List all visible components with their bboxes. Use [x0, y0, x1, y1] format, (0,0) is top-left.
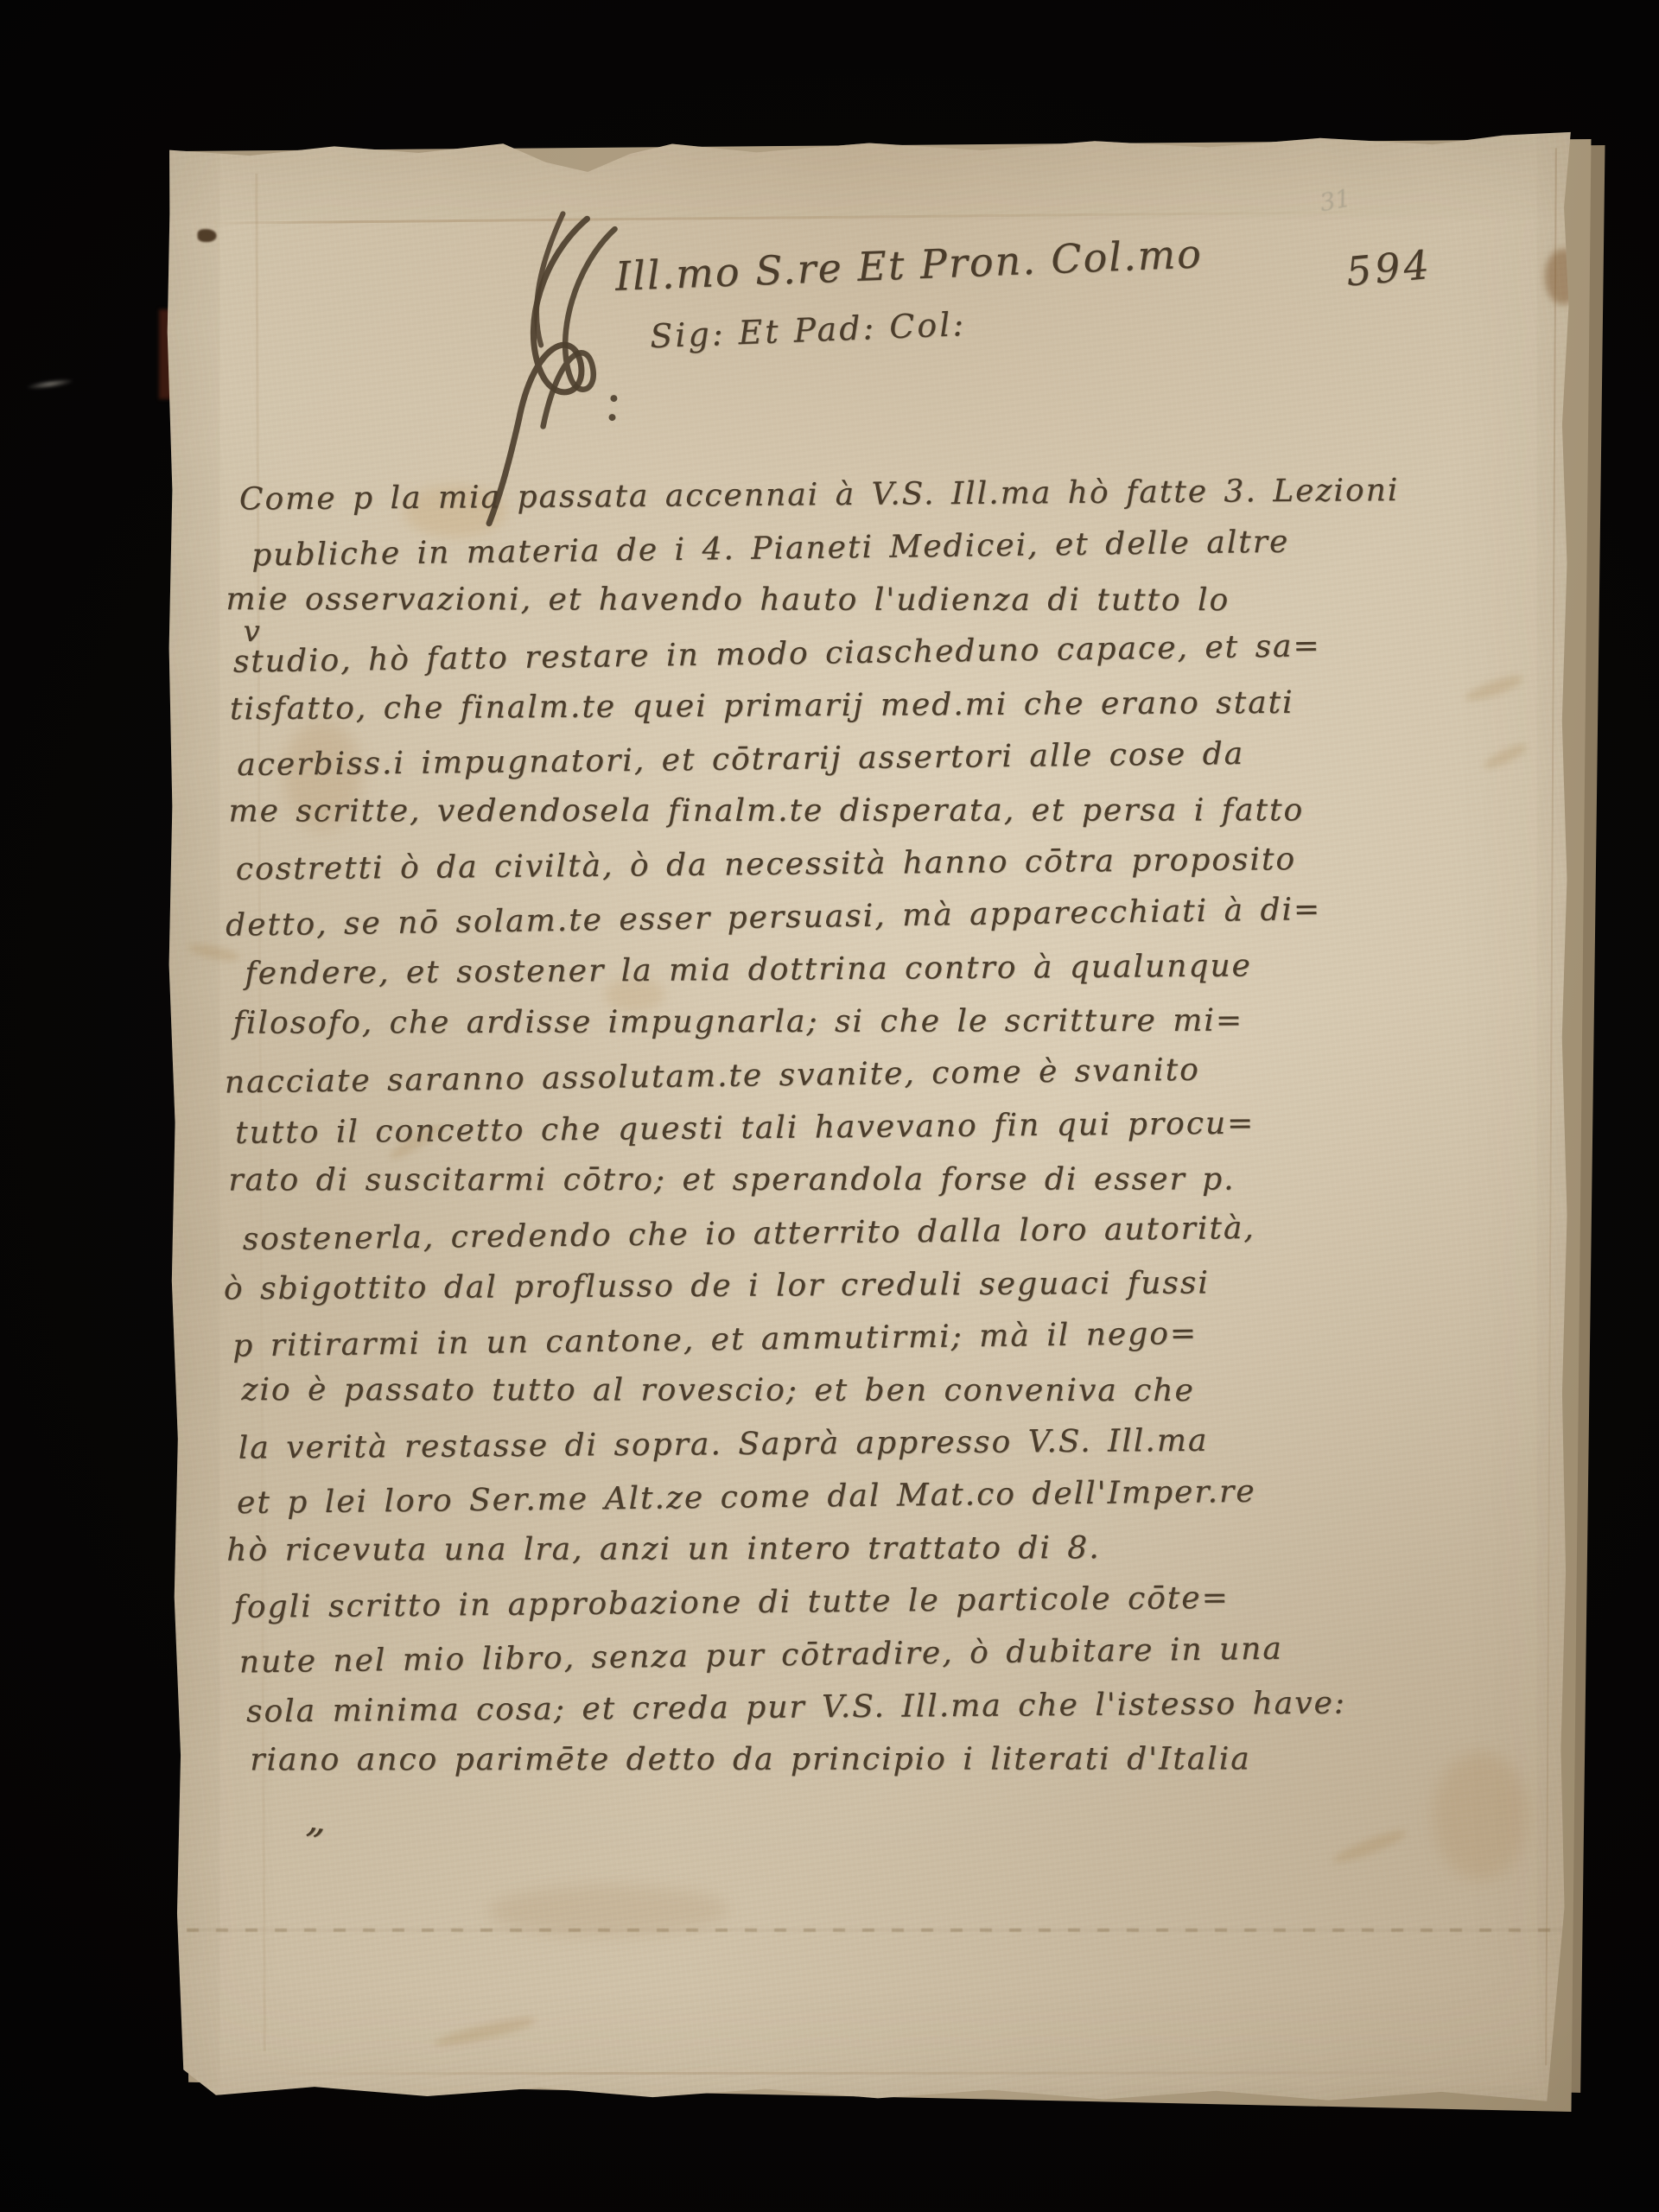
- show-through-mark: [1331, 1827, 1408, 1866]
- manuscript-page: Ill.mo S.re Et Pron. Col.mo Sig: Et Pad:…: [165, 128, 1582, 2111]
- manuscript-line: riano anco parimēte detto da principio i…: [250, 1732, 1529, 1786]
- manuscript-photo: Ill.mo S.re Et Pron. Col.mo Sig: Et Pad:…: [0, 0, 1659, 2212]
- manuscript-line: mie osservazioni, et havendo hauto l'udi…: [226, 573, 1504, 626]
- page-number: 594: [1344, 241, 1434, 296]
- pencil-folio-mark: 31: [1318, 184, 1353, 218]
- manuscript-line: rato di suscitarmi cōtro; et sperandola …: [228, 1153, 1507, 1206]
- crease-line: [216, 2071, 1512, 2075]
- salutation-line-2: Sig: Et Pad: Col:: [649, 305, 967, 355]
- ink-fleck: [198, 229, 217, 242]
- manuscript-line: tutto il concetto che questi tali haveva…: [235, 1095, 1515, 1160]
- paper-stack: Ill.mo S.re Et Pron. Col.mo Sig: Et Pad:…: [0, 0, 1659, 2212]
- manuscript-line: hò ricevuta una lra, anzi un intero trat…: [226, 1521, 1505, 1577]
- crease-line: [194, 210, 1433, 225]
- crease-line: [1545, 148, 1557, 2065]
- manuscript-line: fendere, et sostener la mia dottrina con…: [245, 938, 1523, 1001]
- stain: [487, 1885, 729, 1937]
- manuscript-line: zio è passato tutto al rovescio; et ben …: [241, 1363, 1520, 1417]
- salutation-line-1: Ill.mo S.re Et Pron. Col.mo: [614, 230, 1204, 300]
- insertion-mark: „: [304, 1796, 329, 1843]
- manuscript-line: acerbiss.i impugnatori, et cōtrarij asse…: [237, 724, 1516, 791]
- manuscript-line: me scritte, vedendosela finalm.te disper…: [228, 784, 1507, 837]
- crease-line: [187, 1929, 1567, 1932]
- manuscript-line: sola minima cosa; et creda pur V.S. Ill.…: [246, 1675, 1525, 1738]
- show-through-mark: [432, 2014, 537, 2050]
- manuscript-body: Come p la mia passata accennai à V.S. Il…: [231, 466, 1516, 1789]
